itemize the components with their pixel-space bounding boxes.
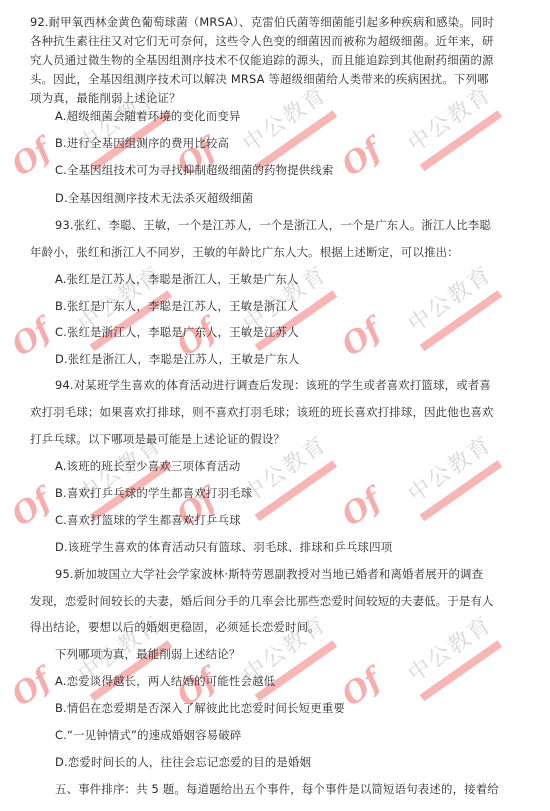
- option-b: B.张红是广东人，李聪是江苏人，王敏是浙江人: [55, 299, 547, 313]
- option-d: D.恋爱时间长的人，往往会忘记恋爱的目的是婚姻: [55, 755, 547, 769]
- document-page: Of 中公教育 Of 中公教育 Of 中公教育 Of 中公教育 Of 中公教育 …: [0, 0, 550, 811]
- question-stem-line: 打乒乓球。以下哪项是最可能是上述论证的假设？: [30, 432, 522, 446]
- question-stem-line: 93.张红、李聪、王敏，一个是江苏人，一个是浙江人，一个是广东人。浙江人比李聪: [55, 218, 547, 232]
- question-stem-line: 得出结论，要想以后的婚姻更稳固，必须延长恋爱时间。: [30, 620, 522, 634]
- question-stem-line: 欢打羽毛球；如果喜欢打排球，则不喜欢打羽毛球；该班的班长喜欢打排球，因此他也喜欢: [30, 405, 522, 419]
- option-d: D.张红是浙江人，李聪是江苏人，王敏是广东人: [55, 352, 547, 366]
- option-a: A.张红是江苏人，李聪是浙江人，王敏是广东人: [55, 272, 547, 286]
- question-stem-line: 年龄小，张红和浙江人不同岁，王敏的年龄比广东人大。根据上述断定，可以推出：: [30, 245, 522, 259]
- question-stem-line: 头。因此，全基因组测序技术可以解决 MRSA 等超级细菌给人类带来的疾病困扰。下…: [30, 72, 522, 86]
- option-c: C.张红是浙江人，李聪是广东人，王敏是江苏人: [55, 325, 547, 339]
- option-b: B.情侣在恋爱期是否深入了解彼此比恋爱时间长短更重要: [55, 701, 547, 715]
- question-stem-line: 究人员通过微生物的全基因组测序技术不仅能追踪的源头，而且能追踪到其他耐药细菌的源: [30, 53, 522, 67]
- option-d: D.全基因组测序技术无法杀灭超级细菌: [55, 191, 547, 205]
- section-heading: 五、事件排序：共 5 题。每道题给出五个事件，每个事件是以简短语句表述的，接着给: [55, 782, 547, 796]
- option-a: A.恋爱谈得越长，两人结婚的可能性会越低: [55, 674, 547, 688]
- option-c: C.“一见钟情式”的速成婚姻容易破碎: [55, 728, 547, 742]
- question-stem-line: 各种抗生素往往又对它们无可奈何，这些令人色变的细菌因而被称为超级细菌。近年来，研: [30, 34, 522, 48]
- question-stem-line: 95.新加坡国立大学社会学家波林·斯特劳恩副教授对当地已婚者和离婚者展开的调查: [55, 567, 547, 581]
- question-stem-line: 发现，恋爱时间较长的夫妻，婚后间分手的几率会比那些恋爱时间较短的夫妻低。于是有人: [30, 594, 522, 608]
- question-stem-line: 项为真，最能削弱上述论证？: [30, 91, 522, 105]
- option-a: A.该班的班长至少喜欢三项体育活动: [55, 459, 547, 473]
- option-d: D.该班学生喜欢的体育活动只有篮球、羽毛球、排球和乒乓球四项: [55, 540, 547, 554]
- option-b: B.喜欢打乒乓球的学生都喜欢打羽毛球: [55, 486, 547, 500]
- question-prompt: 下列哪项为真，最能削弱上述结论？: [55, 647, 547, 661]
- question-stem-line: 92.耐甲氧西林金黄色葡萄球菌（MRSA）、克雷伯氏菌等细菌能引起多种疾病和感染…: [30, 15, 522, 29]
- question-stem-line: 94.对某班学生喜欢的体育活动进行调查后发现：该班的学生或者喜欢打篮球，或者喜: [55, 378, 547, 392]
- option-a: A.超级细菌会随着环境的变化而变异: [55, 109, 547, 123]
- option-c: C.全基因组技术可为寻找抑制超级细菌的药物提供线索: [55, 163, 547, 177]
- option-b: B.进行全基因组测序的费用比较高: [55, 136, 547, 150]
- option-c: C.喜欢打篮球的学生都喜欢打乒乓球: [55, 513, 547, 527]
